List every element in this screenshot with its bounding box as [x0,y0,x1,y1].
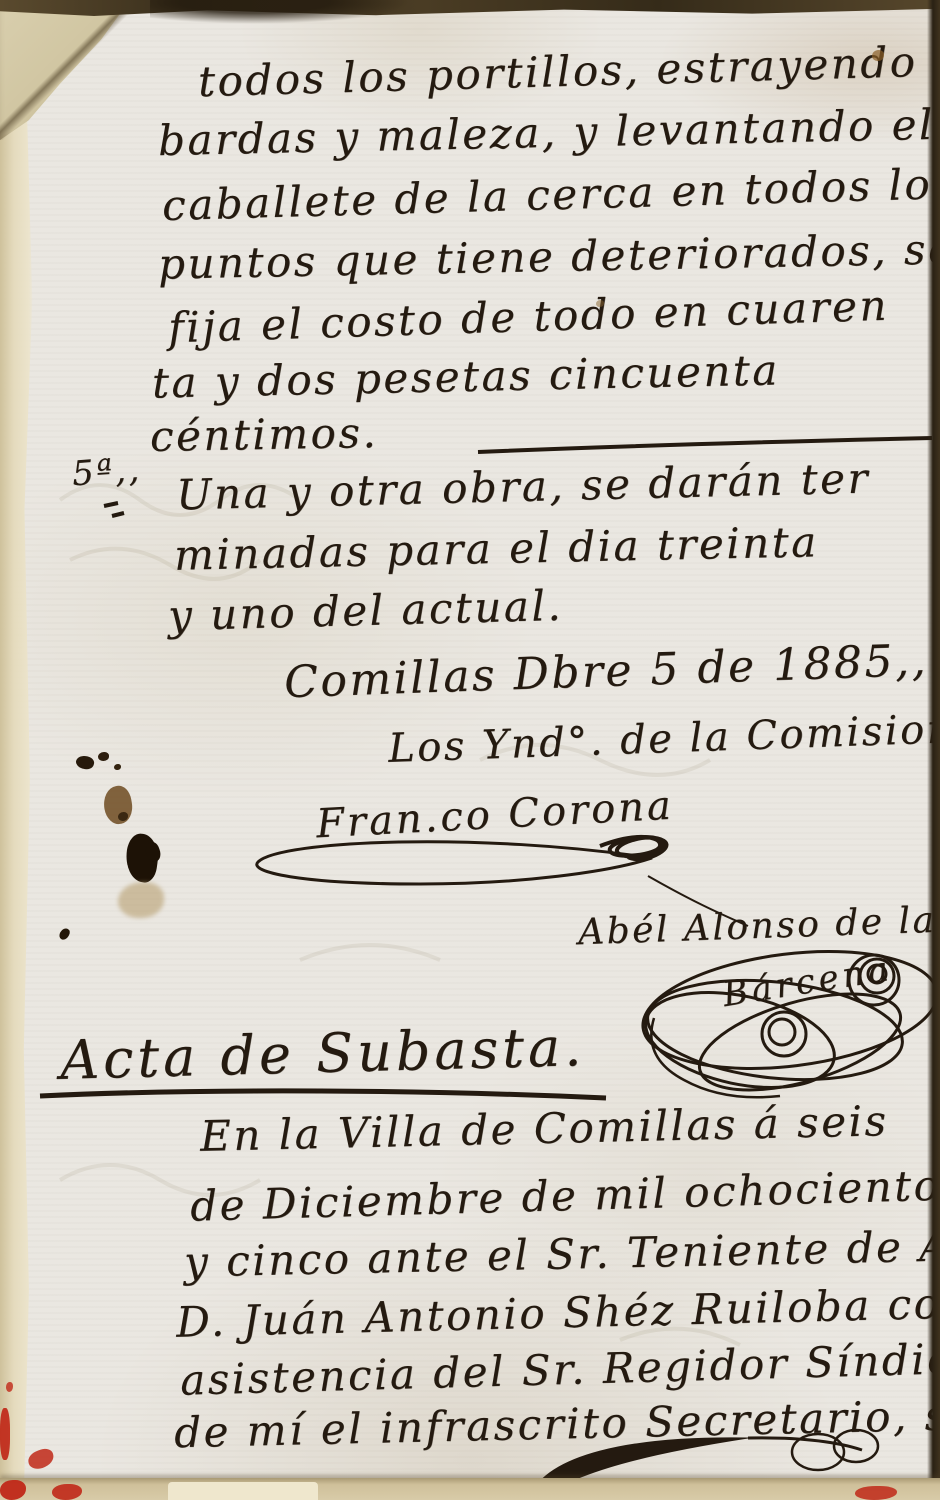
signature-barcena-line2: Bárcena [720,949,895,1015]
manuscript-line: puntos que tiene deteriorados, se [158,224,940,288]
binding-red-mark [26,1446,56,1471]
page-right-edge [927,0,940,1500]
ink-stain [118,882,164,918]
ink-blot [75,754,96,771]
page-top-edge-stain [150,0,410,24]
ink-blot [101,784,135,826]
barcena-rubric [636,936,940,1109]
manuscript-page: todos los portillos, estrayendo las bard… [0,0,940,1500]
signature-corona: Fran.co Corona [315,783,675,848]
clause-number: 5ª,, [71,450,143,495]
page-top-edge [0,0,940,16]
ink-blot [114,764,121,770]
torn-corner-crease [0,0,130,140]
manuscript-line: En la Villa de Comillas á seis [200,1096,889,1161]
binding-red-mark [0,1408,10,1460]
manuscript-line: fija el costo de todo en cuaren [167,281,889,353]
manuscript-line: D. Juán Antonio Shéz Ruiloba con [176,1278,940,1346]
ink-blot [98,752,109,761]
manuscript-line: minadas para el dia treinta [174,517,820,579]
manuscript-line: caballete de la cerca en todos los [161,159,940,230]
commission-line: Los Ynd°. de la Comision [387,706,940,772]
ink-blot [118,812,128,821]
manuscript-line: todos los portillos, estrayendo las [197,35,940,106]
manuscript-line: de Diciembre de mil ochocientos ochenta [190,1154,940,1230]
manuscript-line: y cinco ante el Sr. Teniente de Alcalde [184,1218,940,1286]
manuscript-line: ta y dos pesetas cincuenta [152,345,781,407]
signature-barcena-line1: Abél Alonso de la [577,900,937,953]
paper-stain [596,300,604,307]
manuscript-line: bardas y maleza, y levantando el [158,100,936,165]
manuscript-line: Una y otra obra, se darán ter [176,454,871,520]
heading-underline [40,1091,606,1098]
ink-blot [58,927,72,942]
paragraph-end-rule [478,438,932,452]
manuscript-line: y uno del actual. [167,581,563,640]
section-heading: Acta de Subasta. [59,1015,586,1092]
underlying-page-edge [0,1478,940,1500]
paper-stain [872,50,884,61]
underlying-page-fragment [168,1482,318,1500]
manuscript-line: céntimos. [150,408,379,461]
page-left-edge [0,0,34,1500]
dateline: Comillas Dbre 5 de 1885,, [283,635,928,708]
